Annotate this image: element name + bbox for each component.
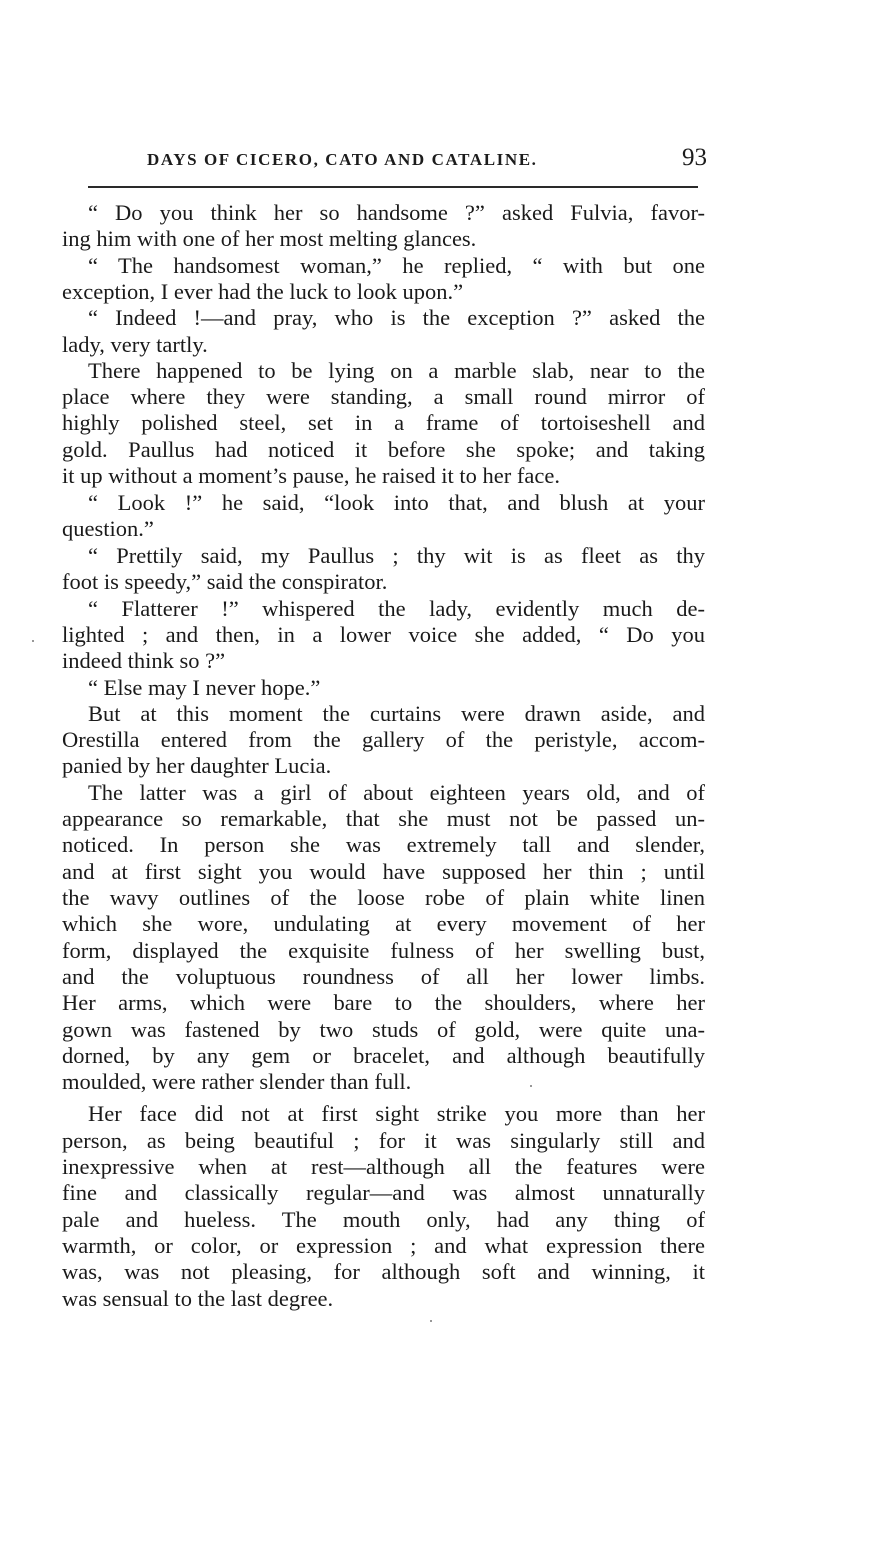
text-line: the wavy outlines of the loose robe of p… <box>62 885 705 911</box>
text-line: “ Else may I never hope.” <box>88 675 705 701</box>
text-line: warmth, or color, or expression ; and wh… <box>62 1233 705 1259</box>
text-line: gown was fastened by two studs of gold, … <box>62 1017 705 1043</box>
text-line: But at this moment the curtains were dra… <box>88 701 705 727</box>
scan-speck <box>530 1085 532 1087</box>
text-line: “ Prettily said, my Paullus ; thy wit is… <box>88 543 705 569</box>
text-line: and at first sight you would have suppos… <box>62 859 705 885</box>
page-number: 93 <box>682 144 707 172</box>
text-line: was, was not pleasing, for although soft… <box>62 1259 705 1285</box>
text-line: There happened to be lying on a marble s… <box>88 358 705 384</box>
text-line: ing him with one of her most melting gla… <box>62 226 705 252</box>
text-line: pale and hueless. The mouth only, had an… <box>62 1207 705 1233</box>
text-line: appearance so remarkable, that she must … <box>62 806 705 832</box>
text-line: lady, very tartly. <box>62 332 705 358</box>
text-line: noticed. In person she was extremely tal… <box>62 832 705 858</box>
text-line: person, as being beautiful ; for it was … <box>62 1128 705 1154</box>
text-line: “ Do you think her so handsome ?” asked … <box>88 200 705 226</box>
text-line: “ Flatterer !” whispered the lady, evide… <box>88 596 705 622</box>
text-line: Her arms, which were bare to the shoulde… <box>62 990 705 1016</box>
text-line: gold. Paullus had noticed it before she … <box>62 437 705 463</box>
scan-speck <box>430 1320 432 1322</box>
text-line: “ The handsomest woman,” he replied, “ w… <box>88 253 705 279</box>
text-line: moulded, were rather slender than full. <box>62 1069 705 1095</box>
text-line: Orestilla entered from the gallery of th… <box>62 727 705 753</box>
text-line: which she wore, undulating at every move… <box>62 911 705 937</box>
text-line: lighted ; and then, in a lower voice she… <box>62 622 705 648</box>
text-line: it up without a moment’s pause, he raise… <box>62 463 705 489</box>
text-line: Her face did not at first sight strike y… <box>88 1101 705 1127</box>
running-title: DAYS OF CICERO, CATO AND CATALINE. <box>147 150 538 170</box>
text-line: dorned, by any gem or bracelet, and alth… <box>62 1043 705 1069</box>
text-line: question.” <box>62 516 705 542</box>
header-rule <box>88 186 698 188</box>
scan-speck <box>32 640 34 642</box>
text-line: and the voluptuous roundness of all her … <box>62 964 705 990</box>
text-line: “ Look !” he said, “look into that, and … <box>88 490 705 516</box>
text-line: panied by her daughter Lucia. <box>62 753 705 779</box>
text-line: The latter was a girl of about eighteen … <box>88 780 705 806</box>
running-head: DAYS OF CICERO, CATO AND CATALINE. 93 <box>147 146 707 176</box>
book-page: DAYS OF CICERO, CATO AND CATALINE. 93 “ … <box>0 0 896 1550</box>
text-line: exception, I ever had the luck to look u… <box>62 279 705 305</box>
text-line: foot is speedy,” said the conspirator. <box>62 569 705 595</box>
text-line: fine and classically regular—and was alm… <box>62 1180 705 1206</box>
text-line: form, displayed the exquisite fulness of… <box>62 938 705 964</box>
text-line: “ Indeed !—and pray, who is the exceptio… <box>88 305 705 331</box>
text-line: inexpressive when at rest—although all t… <box>62 1154 705 1180</box>
text-line: was sensual to the last degree. <box>62 1286 705 1312</box>
text-line: highly polished steel, set in a frame of… <box>62 410 705 436</box>
text-line: place where they were standing, a small … <box>62 384 705 410</box>
text-line: indeed think so ?” <box>62 648 705 674</box>
